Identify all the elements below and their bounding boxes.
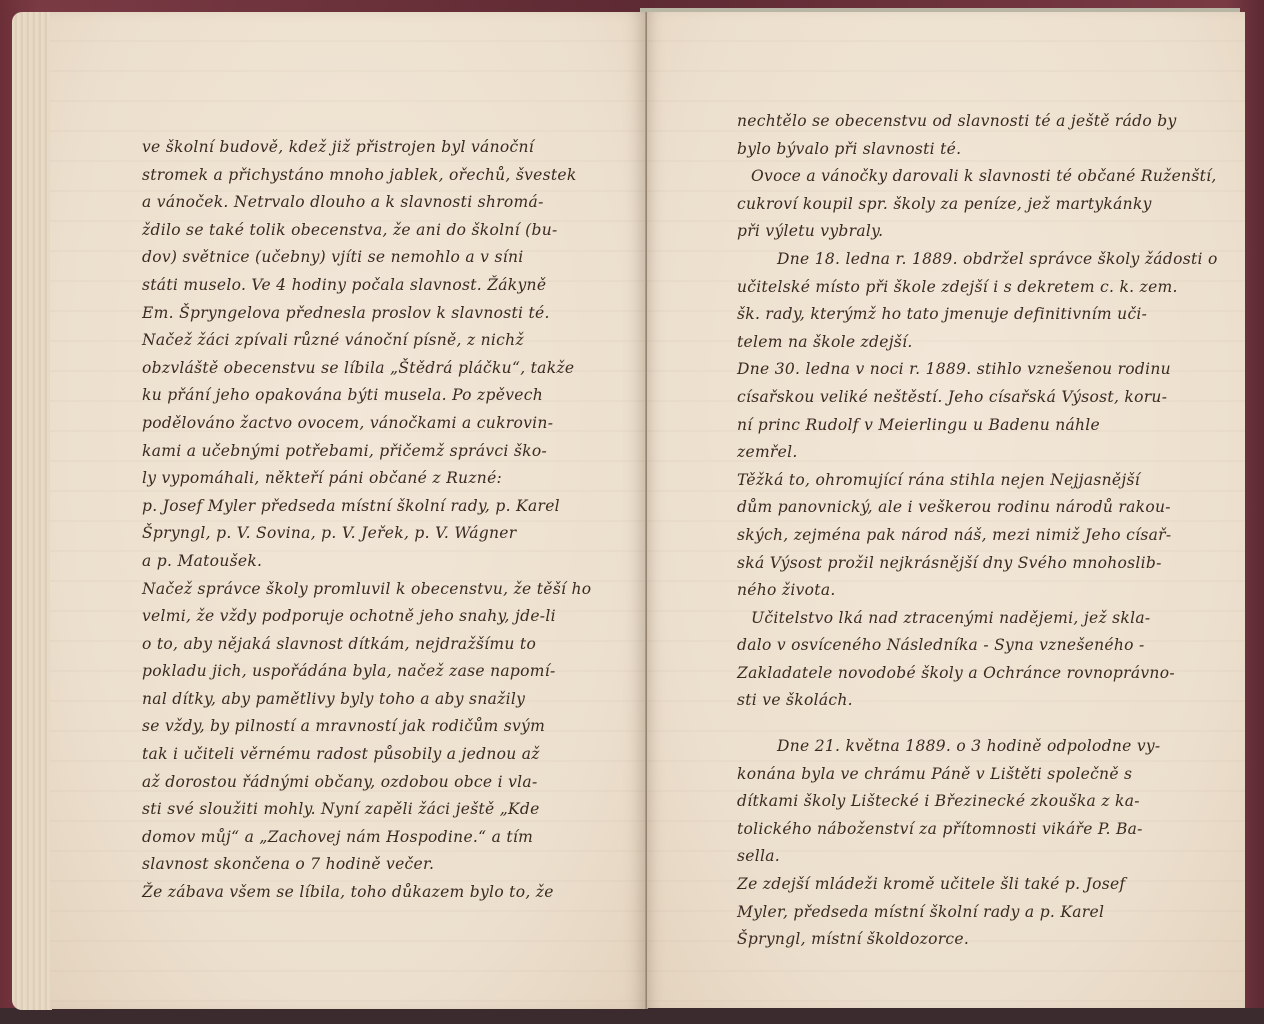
text-line: Že zábava všem se líbila, toho důkazem b… (142, 879, 591, 907)
text-line: Těžká to, ohromující rána stihla nejen N… (737, 467, 1218, 495)
text-line: kami a učebnými potřebami, přičemž správ… (142, 438, 591, 466)
text-line: zemřel. (737, 439, 1218, 467)
text-line: a vánoček. Netrvalo dlouho a k slavnosti… (142, 189, 591, 217)
left-page-text: ve školní budově, kdež již přistrojen by… (142, 134, 591, 907)
text-line: Ze zdejší mládeži kromě učitele šli také… (737, 871, 1218, 899)
text-line: stromek a přichystáno mnoho jablek, ořec… (142, 162, 591, 190)
text-line: sti své sloužiti mohly. Nyní zapěli žáci… (142, 796, 591, 824)
text-line: císařskou veliké neštěstí. Jeho císařská… (737, 384, 1218, 412)
page-edges-stack (12, 12, 52, 1010)
text-line: se vždy, by pilností a mravností jak rod… (142, 713, 591, 741)
text-line: p. Josef Myler předseda místní školní ra… (142, 493, 591, 521)
text-line: ní princ Rudolf v Meierlingu u Badenu ná… (737, 412, 1218, 440)
text-line: ských, zejména pak národ náš, mezi nimiž… (737, 522, 1218, 550)
text-line: tolického náboženství za přítomnosti vik… (737, 816, 1218, 844)
text-line: dítkami školy Lištecké i Březinecké zkou… (737, 788, 1218, 816)
text-line: dům panovnický, ale i veškerou rodinu ná… (737, 494, 1218, 522)
text-line: ného života. (737, 577, 1218, 605)
text-line: ská Výsost prožil nejkrásnější dny Svého… (737, 550, 1218, 578)
text-line: Dne 21. května 1889. o 3 hodině odpolodn… (737, 733, 1218, 761)
text-line: o to, aby nějaká slavnost dítkám, nejdra… (142, 631, 591, 659)
left-page: ve školní budově, kdež již přistrojen by… (50, 12, 645, 1009)
text-line: pokladu jich, uspořádána byla, načež zas… (142, 658, 591, 686)
text-line: učitelské místo při škole zdejší i s dek… (737, 274, 1218, 302)
text-line: sella. (737, 843, 1218, 871)
text-line: ly vypomáhali, někteří páni občané z Ruz… (142, 465, 591, 493)
text-line: Zakladatele novodobé školy a Ochránce ro… (737, 660, 1218, 688)
text-line: šk. rady, kterýmž ho tato jmenuje defini… (737, 301, 1218, 329)
text-line: konána byla ve chrámu Páně v Lištěti spo… (737, 761, 1218, 789)
paragraph-gap (737, 715, 1218, 733)
text-line: státi muselo. Ve 4 hodiny počala slavnos… (142, 272, 591, 300)
text-line: Učitelstvo lká nad ztracenými nadějemi, … (737, 605, 1218, 633)
right-page-text: nechtělo se obecenstvu od slavnosti té a… (737, 108, 1218, 954)
text-line: při výletu vybraly. (737, 218, 1218, 246)
text-line: bylo bývalo při slavnosti té. (737, 136, 1218, 164)
text-line: velmi, že vždy podporuje ochotně jeho sn… (142, 603, 591, 631)
text-line: podělováno žactvo ovocem, vánočkami a cu… (142, 410, 591, 438)
text-line: Ovoce a vánočky darovali k slavnosti té … (737, 163, 1218, 191)
text-line: nal dítky, aby pamětlivy byly toho a aby… (142, 686, 591, 714)
text-line: Načež správce školy promluvil k obecenst… (142, 576, 591, 604)
right-page: nechtělo se obecenstvu od slavnosti té a… (647, 12, 1245, 1008)
text-line: cukroví koupil spr. školy za peníze, jež… (737, 191, 1218, 219)
text-line: sti ve školách. (737, 687, 1218, 715)
text-line: Myler, předseda místní školní rady a p. … (737, 899, 1218, 927)
text-line: slavnost skončena o 7 hodině večer. (142, 851, 591, 879)
text-line: Špryngl, p. V. Sovina, p. V. Jeřek, p. V… (142, 520, 591, 548)
text-line: ku přání jeho opakována býti musela. Po … (142, 382, 591, 410)
text-line: nechtělo se obecenstvu od slavnosti té a… (737, 108, 1218, 136)
text-line: obzvláště obecenstvu se líbila „Štědrá p… (142, 355, 591, 383)
text-line: a p. Matoušek. (142, 548, 591, 576)
text-line: ždilo se také tolik obecenstva, že ani d… (142, 217, 591, 245)
text-line: tak i učiteli věrnému radost působily a … (142, 741, 591, 769)
text-line: dalo v osvíceného Následníka - Syna vzne… (737, 632, 1218, 660)
text-line: telem na škole zdejší. (737, 329, 1218, 357)
text-line: Načež žáci zpívali různé vánoční písně, … (142, 327, 591, 355)
text-line: ve školní budově, kdež již přistrojen by… (142, 134, 591, 162)
text-line: domov můj“ a „Zachovej nám Hospodine.“ a… (142, 824, 591, 852)
cover-bottom-edge (0, 1008, 1264, 1024)
text-line: Dne 18. ledna r. 1889. obdržel správce š… (737, 246, 1218, 274)
text-line: Dne 30. ledna v noci r. 1889. stihlo vzn… (737, 356, 1218, 384)
text-line: až dorostou řádnými občany, ozdobou obce… (142, 769, 591, 797)
text-line: dov) světnice (učebny) vjíti se nemohlo … (142, 244, 591, 272)
text-line: Špryngl, místní školdozorce. (737, 926, 1218, 954)
text-line: Em. Špryngelova přednesla proslov k slav… (142, 300, 591, 328)
